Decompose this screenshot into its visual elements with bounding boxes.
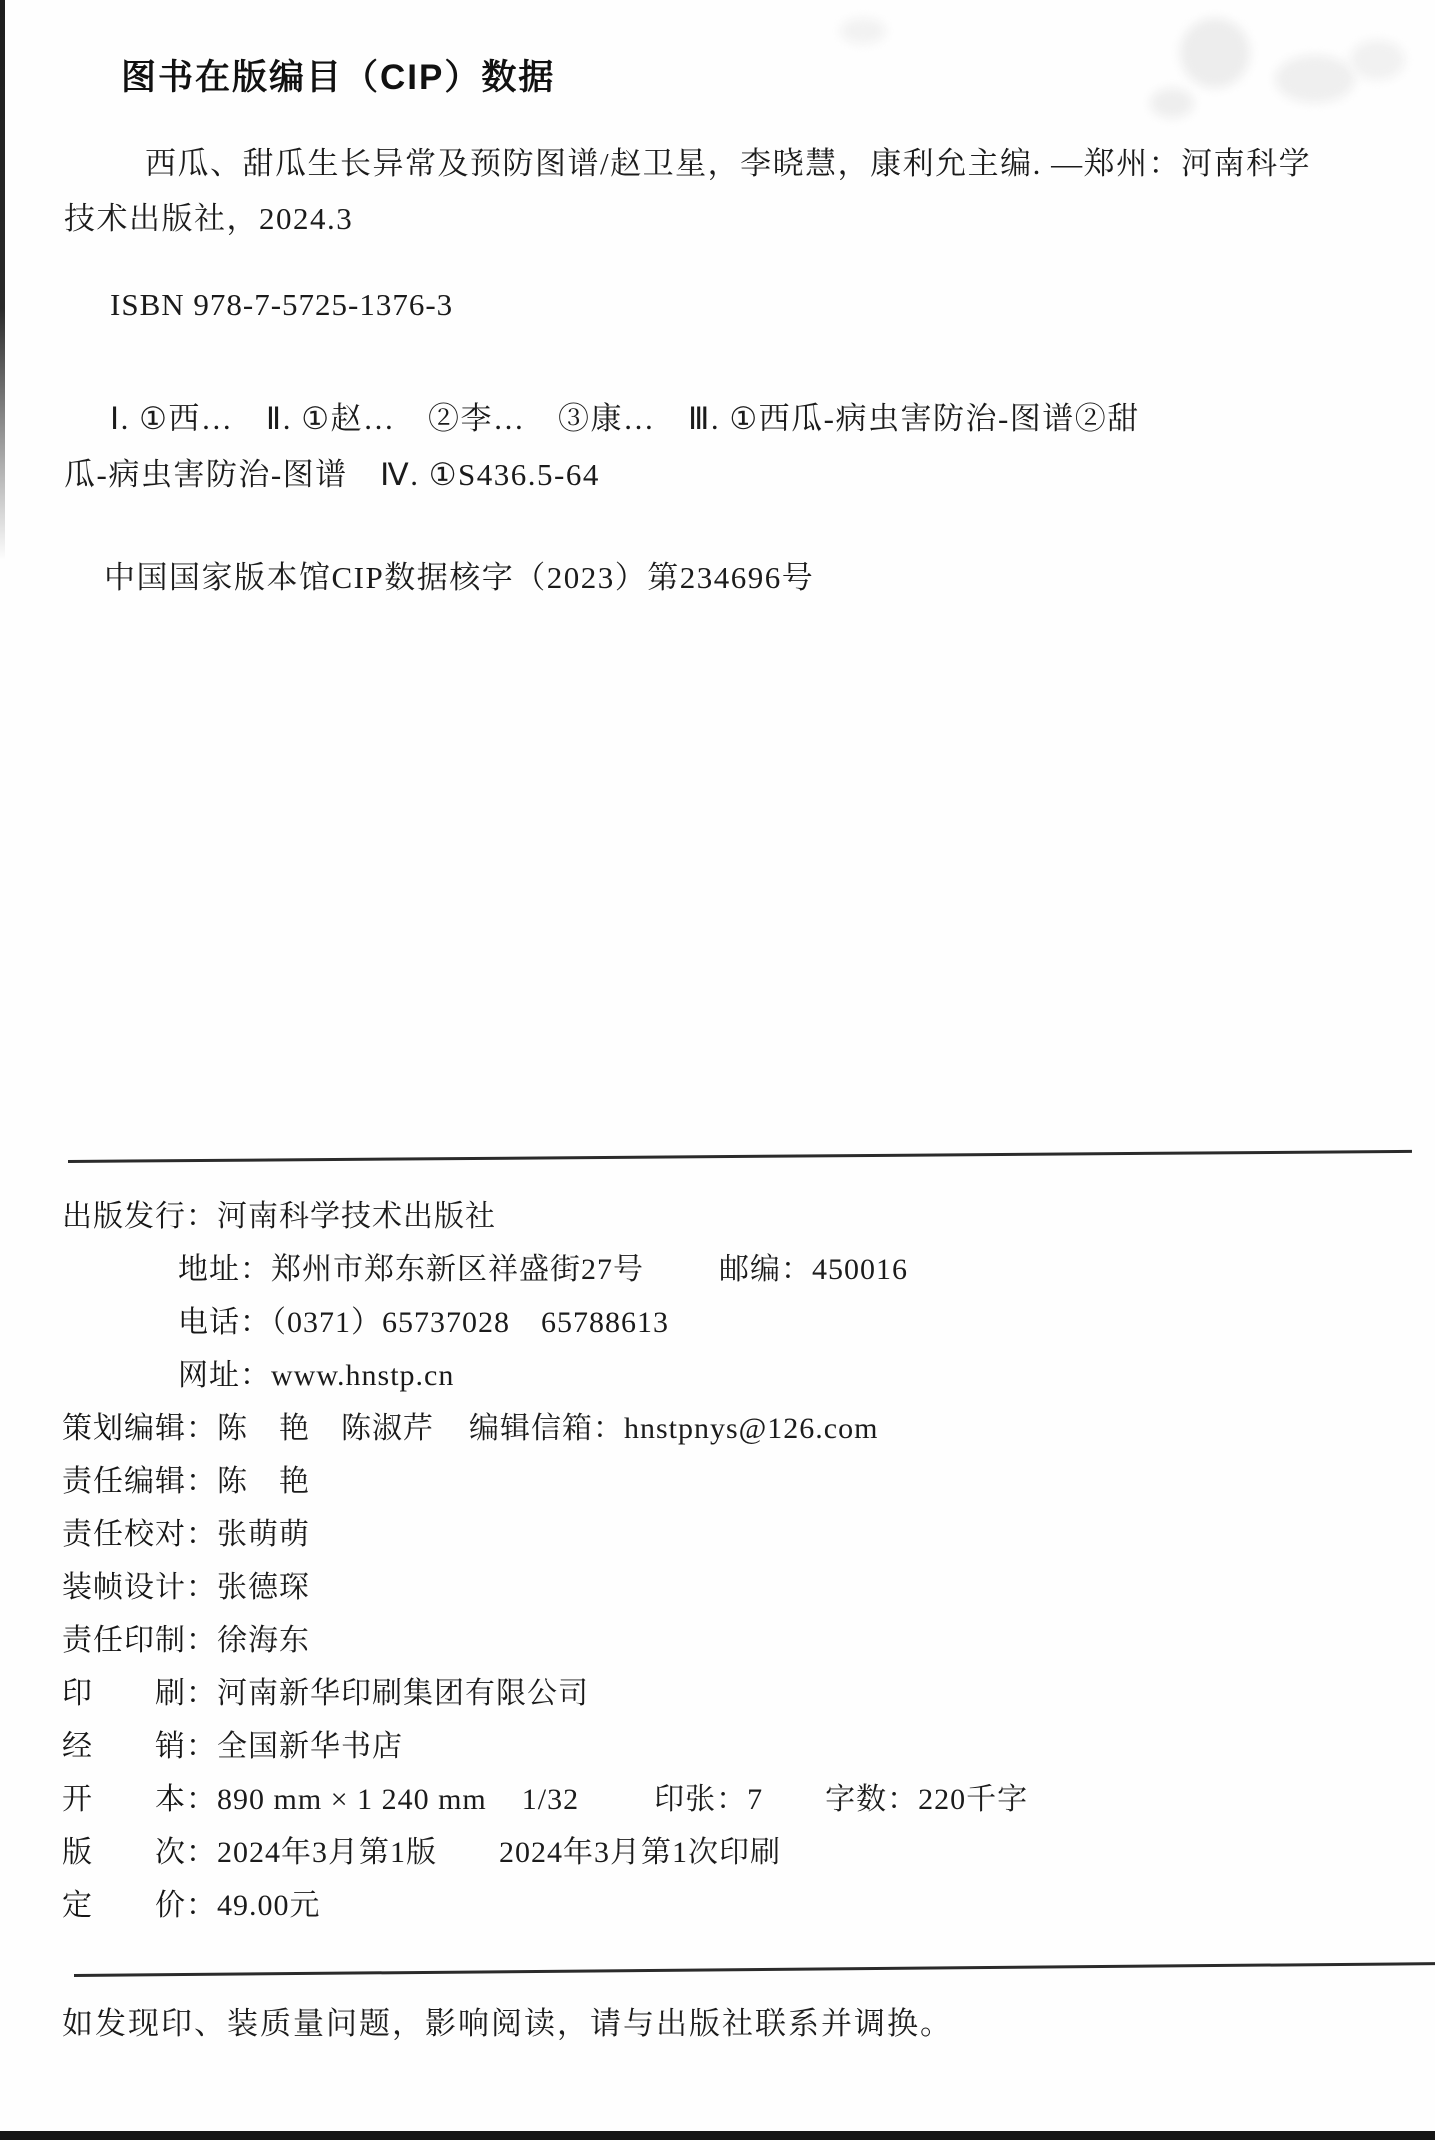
divider-bottom xyxy=(74,1962,1435,1977)
colophon-row-distributor: 经 销：全国新华书店 xyxy=(62,1720,1402,1773)
scan-edge-left xyxy=(0,0,5,560)
scan-edge-bottom xyxy=(0,2131,1435,2140)
scan-smudge xyxy=(1150,88,1194,118)
colophon-row-edition: 版 次：2024年3月第1版2024年3月第1次印刷 xyxy=(62,1826,1402,1879)
colophon-label: 责任印制： xyxy=(62,1624,217,1657)
colophon-row-responsible-editor: 责任编辑：陈 艳 xyxy=(62,1455,1402,1508)
mailbox-value: 编辑信箱：hnstpnys@126.com xyxy=(469,1412,878,1445)
divider-top xyxy=(68,1150,1412,1163)
colophon-value: 河南科学技术出版社 xyxy=(217,1200,496,1233)
colophon-value: 河南新华印刷集团有限公司 xyxy=(217,1677,589,1710)
colophon-value: （0371）65737028 65788613 xyxy=(271,1306,669,1339)
postcode-value: 邮编：450016 xyxy=(719,1253,908,1286)
colophon-label: 责任编辑： xyxy=(62,1465,217,1498)
cip-record-number: 中国国家版本馆CIP数据核字（2023）第234696号 xyxy=(104,552,814,597)
colophon-value: 郑州市郑东新区祥盛街27号 xyxy=(271,1253,644,1286)
format-size: 890 mm × 1 240 mm xyxy=(217,1783,487,1816)
cip-classification-line-1: Ⅰ. ①西… Ⅱ. ①赵… ②李… ③康… Ⅲ. ①西瓜-病虫害防治-图谱②甜 xyxy=(110,393,1140,438)
cip-copyright-page: 图书在版编目（CIP）数据 西瓜、甜瓜生长异常及预防图谱/赵卫星，李晓慧，康利允… xyxy=(0,0,1435,2140)
cip-header: 图书在版编目（CIP）数据 xyxy=(121,50,555,100)
scan-smudge xyxy=(1350,40,1405,80)
colophon-row-phone: 电话：（0371）65737028 65788613 xyxy=(62,1296,1402,1349)
colophon: 出版发行：河南科学技术出版社 地址：郑州市郑东新区祥盛街27号邮编：450016… xyxy=(62,1190,1402,1932)
colophon-label: 策划编辑： xyxy=(62,1412,217,1445)
colophon-value: 全国新华书店 xyxy=(217,1730,403,1763)
cip-isbn: ISBN 978-7-5725-1376-3 xyxy=(110,287,453,323)
colophon-value: 张德琛 xyxy=(217,1571,310,1604)
colophon-value: 49.00元 xyxy=(217,1889,321,1922)
colophon-label: 经 销： xyxy=(62,1730,217,1763)
cip-classification-line-2: 瓜-病虫害防治-图谱 Ⅳ. ①S436.5-64 xyxy=(64,449,600,494)
colophon-label: 网址： xyxy=(178,1359,271,1392)
cip-title-line-2: 技术出版社，2024.3 xyxy=(64,193,353,238)
colophon-label: 地址： xyxy=(178,1253,271,1286)
colophon-row-format: 开 本：890 mm × 1 240 mm1/32印张：7字数：220千字 xyxy=(62,1773,1402,1826)
words-value: 字数：220千字 xyxy=(825,1783,1028,1816)
colophon-row-planning-editor: 策划编辑：陈 艳 陈淑芹编辑信箱：hnstpnys@126.com xyxy=(62,1402,1402,1455)
scan-smudge xyxy=(1275,55,1355,103)
colophon-row-print-supervisor: 责任印制：徐海东 xyxy=(62,1614,1402,1667)
colophon-label: 版 次： xyxy=(62,1836,217,1869)
colophon-label: 装帧设计： xyxy=(62,1571,217,1604)
colophon-label: 电话： xyxy=(178,1306,271,1339)
colophon-label: 定 价： xyxy=(62,1889,217,1922)
printing-value: 2024年3月第1次印刷 xyxy=(499,1836,781,1869)
sheets-value: 印张：7 xyxy=(654,1783,763,1816)
colophon-value: 陈 艳 陈淑芹 xyxy=(217,1412,434,1445)
colophon-row-publisher: 出版发行：河南科学技术出版社 xyxy=(62,1190,1402,1243)
scan-smudge xyxy=(840,18,886,44)
colophon-row-printer: 印 刷：河南新华印刷集团有限公司 xyxy=(62,1667,1402,1720)
scan-smudge xyxy=(1180,18,1250,88)
colophon-row-proofreader: 责任校对：张萌萌 xyxy=(62,1508,1402,1561)
colophon-row-address: 地址：郑州市郑东新区祥盛街27号邮编：450016 xyxy=(62,1243,1402,1296)
colophon-value: 张萌萌 xyxy=(217,1518,310,1551)
quality-note: 如发现印、装质量问题，影响阅读，请与出版社联系并调换。 xyxy=(62,1998,953,2043)
edition-value: 2024年3月第1版 xyxy=(217,1836,437,1869)
colophon-label: 责任校对： xyxy=(62,1518,217,1551)
colophon-row-designer: 装帧设计：张德琛 xyxy=(62,1561,1402,1614)
colophon-row-price: 定 价：49.00元 xyxy=(62,1879,1402,1932)
colophon-label: 开 本： xyxy=(62,1783,217,1816)
colophon-label: 印 刷： xyxy=(62,1677,217,1710)
cip-title-line-1: 西瓜、甜瓜生长异常及预防图谱/赵卫星，李晓慧，康利允主编. —郑州：河南科学 xyxy=(145,138,1311,183)
format-fraction: 1/32 xyxy=(522,1783,579,1816)
colophon-label: 出版发行： xyxy=(62,1200,217,1233)
colophon-value: www.hnstp.cn xyxy=(271,1359,454,1392)
colophon-value: 陈 艳 xyxy=(217,1465,310,1498)
colophon-row-website: 网址：www.hnstp.cn xyxy=(62,1349,1402,1402)
colophon-value: 徐海东 xyxy=(217,1624,310,1657)
